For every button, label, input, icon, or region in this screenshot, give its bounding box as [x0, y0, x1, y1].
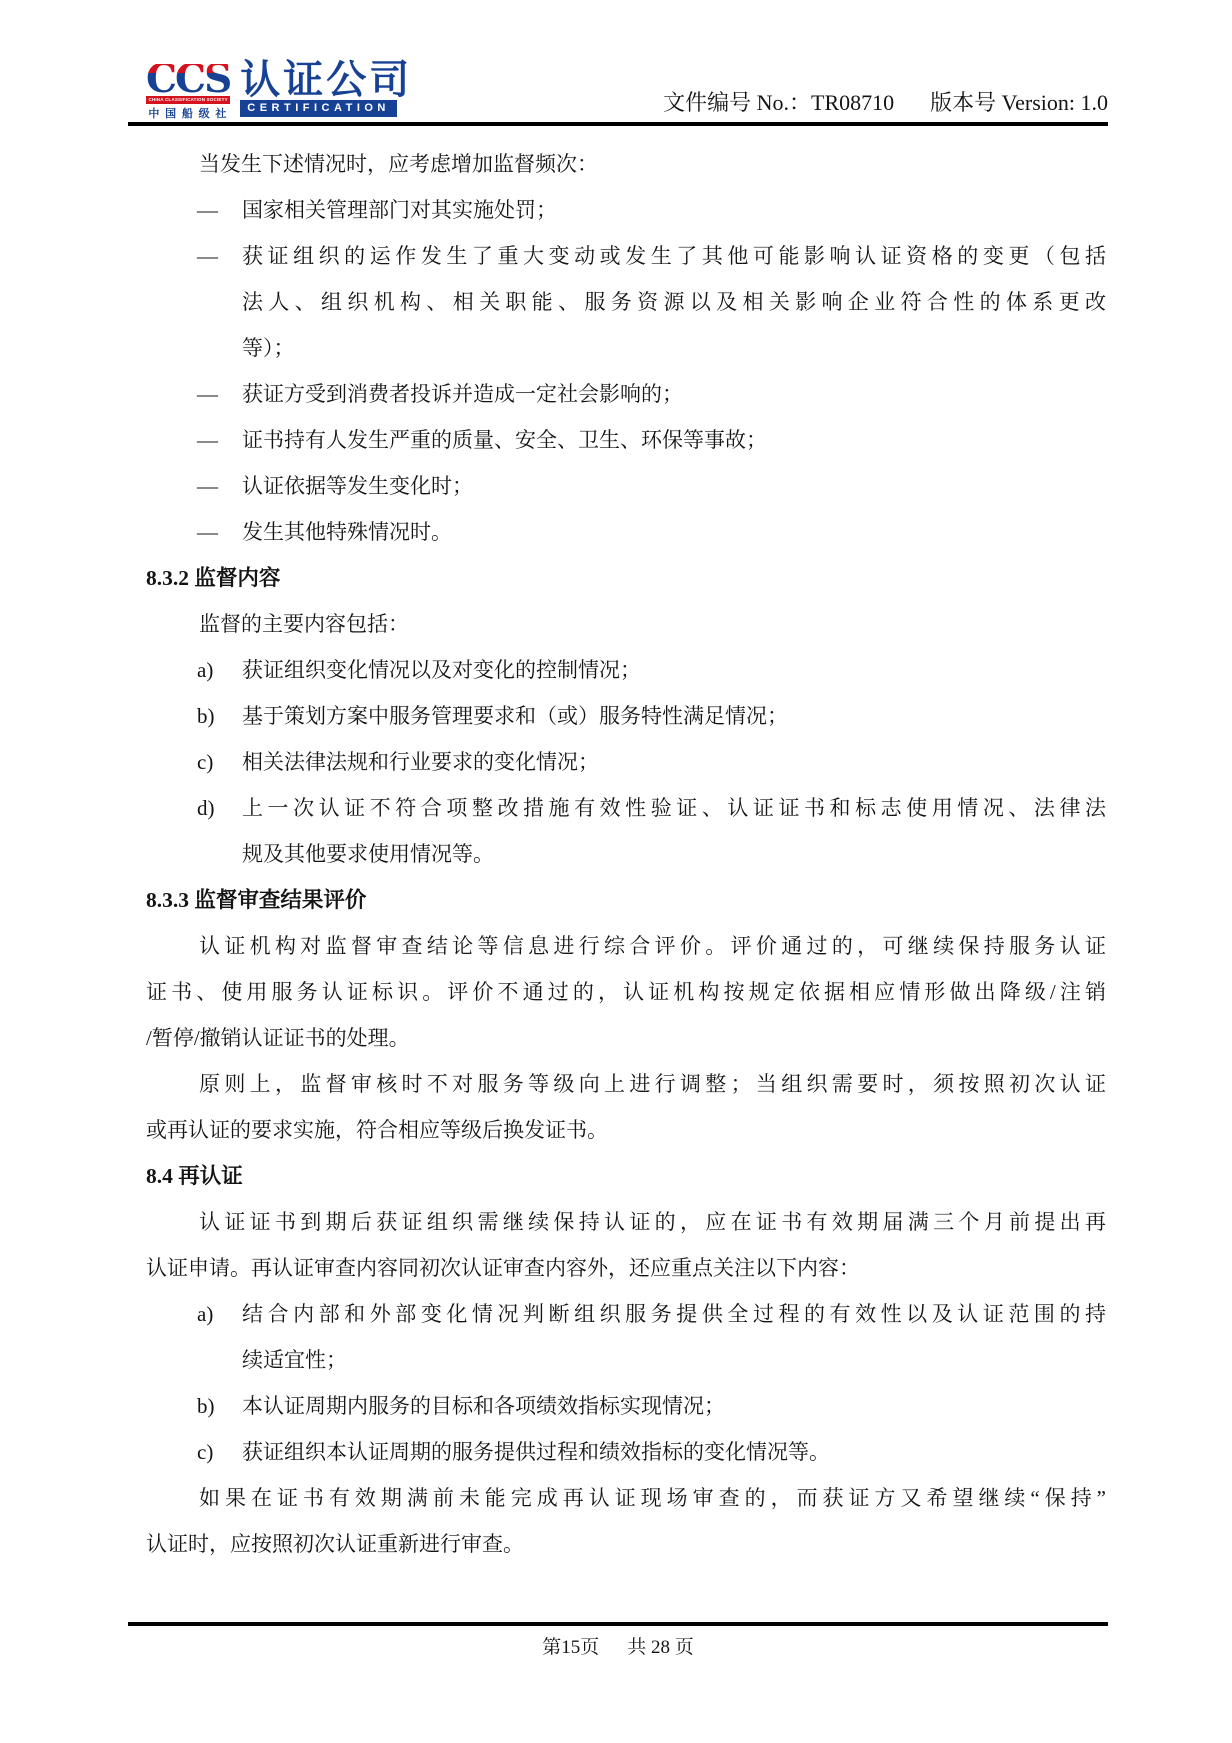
list-item-text: 基于策划方案中服务管理要求和（或）服务特性满足情况；: [242, 704, 788, 728]
list-item: b)本认证周期内服务的目标和各项绩效指标实现情况；: [146, 1383, 1106, 1429]
list-marker: b): [197, 693, 242, 739]
ccs-logo-right: 认证公司 CERTIFICATION: [240, 64, 412, 117]
list-item: —认证依据等发生变化时；: [146, 463, 1106, 509]
list-item-text: 结合内部和外部变化情况判断组织服务提供全过程的有效性以及认证范围的持: [242, 1291, 1106, 1337]
list-item-text: 获证组织本认证周期的服务提供过程和绩效指标的变化情况等。: [242, 1440, 830, 1464]
list-marker: a): [197, 647, 242, 693]
list-item-text: 发生其他特殊情况时。: [242, 520, 452, 544]
list-item-continuation: 等）；: [146, 325, 1106, 371]
list-item: —国家相关管理部门对其实施处罚；: [146, 187, 1106, 233]
list-item-text: 本认证周期内服务的目标和各项绩效指标实现情况；: [242, 1394, 725, 1418]
list-item-text: 获证组织的运作发生了重大变动或发生了其他可能影响认证资格的变更（包括: [242, 233, 1106, 279]
list-item: —获证方受到消费者投诉并造成一定社会影响的；: [146, 371, 1106, 417]
body-line: 认证机构对监督审查结论等信息进行综合评价。评价通过的，可继续保持服务认证: [146, 923, 1106, 969]
list-item-text: 获证组织变化情况以及对变化的控制情况；: [242, 658, 641, 682]
document-meta: 文件编号 No.：TR08710版本号 Version: 1.0: [663, 86, 1108, 117]
society-name-cn: 中 国 船 级 社: [148, 105, 228, 121]
list-item-text: 国家相关管理部门对其实施处罚；: [242, 198, 557, 222]
list-marker: —: [197, 233, 242, 279]
document-body: 当发生下述情况时，应考虑增加监督频次： —国家相关管理部门对其实施处罚； —获证…: [146, 141, 1106, 1567]
document-page: CCS CHINA CLASSIFICATION SOCIETY 中 国 船 级…: [0, 0, 1232, 1743]
list-item: c)获证组织本认证周期的服务提供过程和绩效指标的变化情况等。: [146, 1429, 1106, 1475]
page-number: 第15页共 28 页: [128, 1632, 1108, 1659]
body-line: 认证证书到期后获证组织需继续保持认证的，应在证书有效期届满三个月前提出再: [146, 1199, 1106, 1245]
section-heading: 8.4 再认证: [146, 1153, 1106, 1199]
list-item-text: 上一次认证不符合项整改措施有效性验证、认证证书和标志使用情况、法律法: [242, 785, 1106, 831]
doc-number: 文件编号 No.：TR08710: [663, 90, 894, 115]
body-line: 如果在证书有效期满前未能完成再认证现场审查的，而获证方又希望继续“保持”: [146, 1475, 1106, 1521]
header-rule: [128, 122, 1108, 126]
list-marker: —: [197, 509, 242, 555]
list-item-continuation: 法人、组织机构、相关职能、服务资源以及相关影响企业符合性的体系更改: [146, 279, 1106, 325]
footer-rule: [128, 1622, 1108, 1626]
list-item: —发生其他特殊情况时。: [146, 509, 1106, 555]
list-item: c)相关法律法规和行业要求的变化情况；: [146, 739, 1106, 785]
body-line: 认证申请。再认证审查内容同初次认证审查内容外，还应重点关注以下内容：: [146, 1245, 1106, 1291]
list-item: b)基于策划方案中服务管理要求和（或）服务特性满足情况；: [146, 693, 1106, 739]
list-item-continuation: 续适宜性；: [146, 1337, 1106, 1383]
body-line: 认证时，应按照初次认证重新进行审查。: [146, 1521, 1106, 1567]
page-number-current: 第15页: [542, 1637, 599, 1658]
body-line: 当发生下述情况时，应考虑增加监督频次：: [146, 141, 1106, 187]
list-item: a)结合内部和外部变化情况判断组织服务提供全过程的有效性以及认证范围的持: [146, 1291, 1106, 1337]
list-marker: c): [197, 739, 242, 785]
ccs-logo-left: CCS CHINA CLASSIFICATION SOCIETY 中 国 船 级…: [146, 64, 230, 121]
section-heading: 8.3.2 监督内容: [146, 555, 1106, 601]
classification-society-banner: CHINA CLASSIFICATION SOCIETY: [146, 96, 229, 104]
list-item-continuation: 规及其他要求使用情况等。: [146, 831, 1106, 877]
list-item: a)获证组织变化情况以及对变化的控制情况；: [146, 647, 1106, 693]
list-marker: —: [197, 187, 242, 233]
version-number: 版本号 Version: 1.0: [930, 90, 1108, 115]
list-item: d)上一次认证不符合项整改措施有效性验证、认证证书和标志使用情况、法律法: [146, 785, 1106, 831]
ccs-letters: CCS: [146, 64, 230, 95]
ccs-logo: CCS CHINA CLASSIFICATION SOCIETY 中 国 船 级…: [146, 64, 412, 121]
list-item-text: 证书持有人发生严重的质量、安全、卫生、环保等事故；: [242, 428, 767, 452]
list-marker: d): [197, 785, 242, 831]
body-line: 或再认证的要求实施，符合相应等级后换发证书。: [146, 1107, 1106, 1153]
list-item-text: 认证依据等发生变化时；: [242, 474, 473, 498]
company-name-cn: 认证公司: [240, 64, 412, 97]
list-item: —证书持有人发生严重的质量、安全、卫生、环保等事故；: [146, 417, 1106, 463]
list-item-text: 获证方受到消费者投诉并造成一定社会影响的；: [242, 382, 683, 406]
list-marker: c): [197, 1429, 242, 1475]
body-line: /暂停/撤销认证证书的处理。: [146, 1015, 1106, 1061]
certification-banner: CERTIFICATION: [240, 100, 397, 117]
section-heading: 8.3.3 监督审查结果评价: [146, 877, 1106, 923]
list-marker: a): [197, 1291, 242, 1337]
list-marker: —: [197, 417, 242, 463]
list-marker: b): [197, 1383, 242, 1429]
list-marker: —: [197, 371, 242, 417]
body-line: 监督的主要内容包括：: [146, 601, 1106, 647]
body-line: 原则上，监督审核时不对服务等级向上进行调整；当组织需要时，须按照初次认证: [146, 1061, 1106, 1107]
list-marker: —: [197, 463, 242, 509]
list-item: —获证组织的运作发生了重大变动或发生了其他可能影响认证资格的变更（包括: [146, 233, 1106, 279]
page-number-total: 共 28 页: [627, 1637, 694, 1658]
body-line: 证书、使用服务认证标识。评价不通过的，认证机构按规定依据相应情形做出降级/注销: [146, 969, 1106, 1015]
list-item-text: 相关法律法规和行业要求的变化情况；: [242, 750, 599, 774]
